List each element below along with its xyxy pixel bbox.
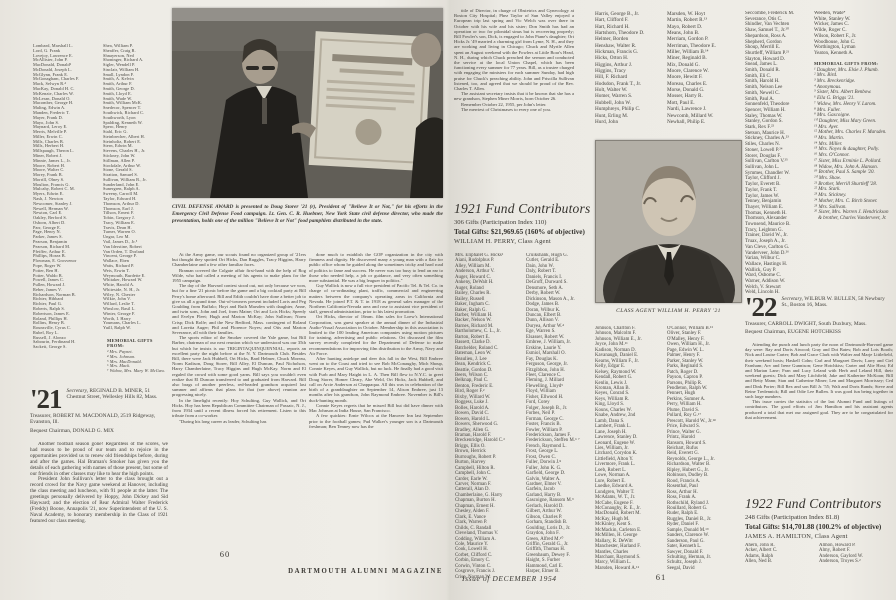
photo-caption-civil-defense: CIVIL DEFENSE AWARD is presented to Doug…: [172, 204, 443, 244]
contributor-name: Yuill, Ralph W.: [103, 326, 170, 331]
fund-1921-col5: Johnson, Charlton F.Johnson, Malcolm F.J…: [595, 326, 667, 578]
memorial-entry: ¹⁷ Sister, Miss Erminie L. Pollard.: [814, 159, 892, 165]
magazine-title-footer: DARTMOUTH ALUMNI MAGAZINE: [240, 568, 443, 575]
class-22-bequest: Bequest Chairman, EUGENE HOTCHKISS: [745, 329, 893, 335]
fund-1921-col8-block: Weeden, Wade⁴White, Stanley W.Wicker, Ja…: [814, 11, 892, 295]
page-number-60: 60: [208, 549, 242, 559]
contributor-name: Marsden, Howard A.¹²: [595, 566, 667, 571]
paragraph: At the Army game, our scouts found no or…: [172, 252, 306, 268]
issue-footer: Issue of DECEMBER 1954: [462, 574, 622, 583]
paragraph: The assistant secretary insists that it …: [454, 91, 574, 101]
class-21-numeral: '21: [30, 388, 62, 410]
fund-1921-col8: Weeden, Wade⁴White, Stanley W.Wicker, Ja…: [814, 11, 892, 57]
class-22-notes: Attending the punch and lunch party the …: [745, 342, 893, 494]
contributor-name: Sackett, George S.: [33, 345, 101, 350]
paragraph: President John Sullivan's letter to the …: [30, 477, 168, 524]
paragraph: The merriest of Christmases to every one…: [454, 107, 574, 112]
class-21-secretary: Secretary, REGINALD B. MINER, 51 Chestnu…: [67, 388, 168, 401]
class-21-header: '21 Secretary, REGINALD B. MINER, 51 Che…: [30, 388, 168, 438]
paragraph: "During his long career as leader, Schul…: [172, 419, 306, 424]
fund-1922-header: 1922 Fund Contributors 248 Gifts (Partic…: [745, 497, 895, 541]
memorial-entries: ³ Mrs. Paynet.⁴ Mrs. Johnson.⁵ Mrs. MacD…: [107, 350, 171, 374]
paragraph: Another football season gone! Regardless…: [30, 442, 168, 477]
paragraph: Braman covered the Colgate affair first-…: [172, 268, 306, 284]
contributor-list-col2: Shea, William P.Sheaffer, Craig R.Shnaye…: [103, 44, 170, 334]
contributor-name: Weld, Lincoln H.: [745, 290, 813, 295]
magazine-spread: Lombard, Marshall L.Lord, G. FrankLovejo…: [0, 0, 896, 600]
contributor-name: Anderson, Troyes S.²: [819, 559, 895, 564]
page-right: title of Director, in charge of Obstetri…: [448, 0, 896, 600]
memorial-entries-right: ¹ Daughter, Mrs. Elsie J. Plumb.² Mrs. B…: [814, 68, 892, 222]
memorial-entry: ⁷ Widow, Mrs. Mary W. McGaw.: [107, 369, 171, 374]
notes-column-c: title of Director, in charge of Obstetri…: [454, 8, 574, 194]
class-22-secretary: Secretary, WILBUR W. BULLEN, 58 Newbury …: [782, 296, 893, 309]
contributor-name: Allen, Ned B.: [745, 559, 817, 564]
memorial-gifts-left: MEMORIAL GIFTS FROM: ³ Mrs. Paynet.⁴ Mrs…: [107, 334, 171, 386]
memorial-entry: ²⁶ Sister, Mrs. Warren J. Hendrickson & …: [814, 210, 892, 221]
memorial-heading-right: MEMORIAL GIFTS FROM:: [814, 61, 892, 66]
paragraph: done much to establish the GOP organizat…: [309, 252, 443, 283]
contributor-list-col1: Lombard, Marshall L.Lord, G. FrankLovejo…: [33, 44, 101, 356]
page-number-61: 61: [644, 572, 678, 582]
fund-1922-col1: Ahern, John R.Acker, Albert C.Adams, Ral…: [745, 543, 817, 569]
paragraph: In the limelight recently: Hoy Schulting…: [172, 398, 306, 419]
class-22-header: '22 Secretary, WILBUR W. BULLEN, 58 Newb…: [745, 296, 893, 340]
fund-1922-agent: JAMES A. HAMILTON, Class Agent: [745, 533, 895, 540]
page-left: Lombard, Marshall L.Lord, G. FrankLovejo…: [0, 0, 448, 600]
paragraph: The day of the Harvard contest stood out…: [172, 283, 306, 335]
fund-1922-col2: Almon, Howard P.Almy, Robert F.Anderson,…: [819, 543, 895, 569]
fund-1921-col2: Cruikshank, Hugh G.Cutler, Gerald E.Dain…: [526, 253, 598, 583]
paragraph: Attending the punch and lunch party the …: [745, 342, 893, 399]
paragraph: title of Director, in charge of Obstetri…: [454, 8, 574, 91]
fund-1922-gifts: 248 Gifts (Participation Index 81.8): [745, 514, 895, 521]
class-22-treasurer: Treasurer, CARROLL DWIGHT, South Duxbury…: [745, 321, 893, 327]
fund-1921-col1: Mrs. Eliphalet G. Hicks¹Aiani, Rudolphus…: [455, 253, 525, 583]
class-21-treasurer: Treasurer, ROBERT M. MACDONALD, 2519 Rid…: [30, 413, 168, 426]
secretary-label: Secretary,: [782, 296, 804, 302]
fund-1922-total: Total Gifts: $14,701.88 (100.2% of objec…: [745, 523, 895, 531]
contributor-name: Newhall, Philip E.: [667, 119, 743, 125]
paragraph: Connie Keyes regrets that he missed Bill…: [309, 403, 443, 413]
notes-column-b: done much to establish the GOP organizat…: [309, 252, 443, 558]
fund-1921-col7: Seccombe, Frederick M.Severance, Otis C.…: [745, 11, 813, 295]
portrait-illustration: [595, 140, 742, 303]
fund-1922-title: 1922 Fund Contributors: [745, 497, 895, 511]
civil-defense-award-photo: [172, 8, 443, 198]
class-21-notes-intro: Another football season gone! Regardless…: [30, 442, 168, 592]
paragraph: The sports editor of the Smoker covered …: [172, 335, 306, 397]
class-21-bequest: Bequest Chairman, DONALD G. MIX: [30, 428, 168, 434]
fund-1921-col3: Harris, George B., Jr.Hart, Clifford F.H…: [595, 11, 667, 131]
paragraph: Ort Hicks, director of 16mm. film sales …: [309, 314, 443, 356]
contributor-name: Yeaton, Kenneth A.: [814, 51, 892, 57]
fund-1921-col6: O'Connor, William B.¹³Oliver, Stanley F.…: [667, 326, 743, 578]
photo-illustration: [172, 8, 443, 198]
fund-1921-col4: Marsden, W. HoytMartin, Robert R.¹³Mayo,…: [667, 11, 743, 131]
memorial-heading: MEMORIAL GIFTS FROM:: [107, 338, 171, 348]
paragraph: A few quickies: Ernie Wilcox at the Hano…: [309, 413, 443, 429]
class-22-numeral: '22: [745, 296, 777, 318]
paragraph: After hunting antelope and deer this fal…: [309, 356, 443, 403]
contributor-name: Seegal, David: [667, 566, 743, 571]
paragraph: Guy Wallick is now a full vice president…: [309, 283, 443, 314]
class-agent-portrait-photo: [595, 140, 742, 303]
notes-column-a: At the Army game, our scouts found no or…: [172, 252, 306, 548]
secretary-label: Secretary,: [67, 388, 89, 394]
paragraph: This issue carries the statistics of the…: [745, 399, 893, 420]
photo-caption-class-agent: CLASS AGENT WILLIAM H. PERRY '21: [595, 308, 742, 314]
contributor-name: Hurd, John: [595, 119, 667, 125]
